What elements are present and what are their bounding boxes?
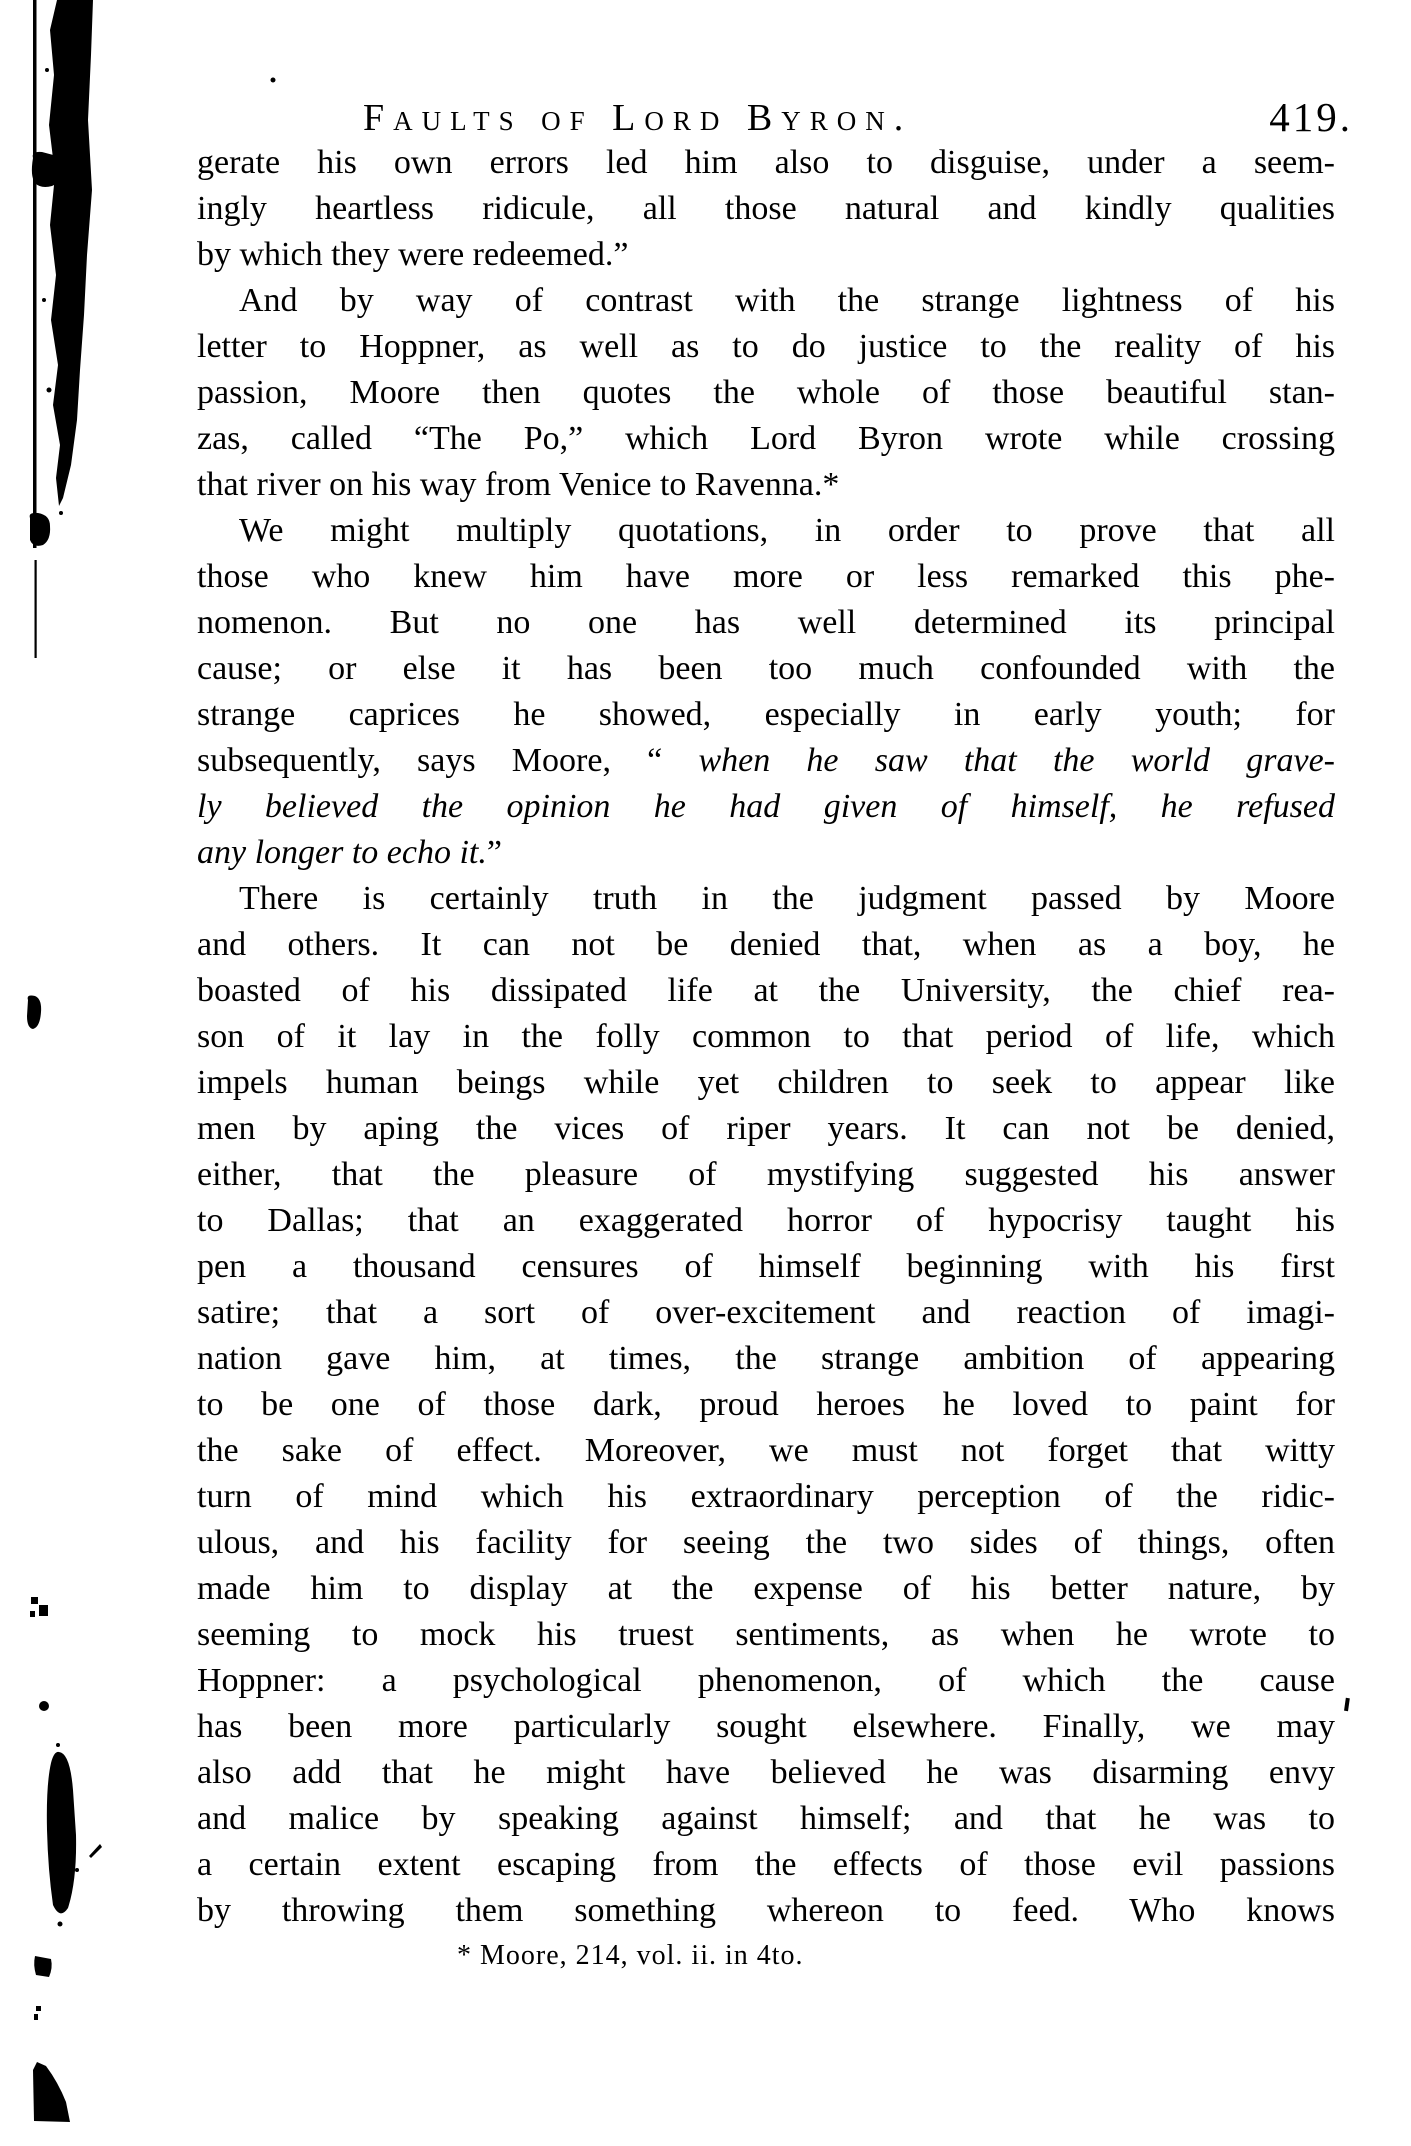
- text-line: that river on his way from Venice to Rav…: [197, 462, 1335, 508]
- ink-speck: [47, 388, 52, 393]
- ink-blot: [27, 996, 41, 1030]
- text-block: gerate his own errors led him also to di…: [197, 140, 1335, 1934]
- ink-dot: [39, 1701, 49, 1711]
- text-line: pen a thousand censures of himself begin…: [197, 1244, 1335, 1290]
- text-line: any longer to echo it.”: [197, 830, 1335, 876]
- text-line: the sake of effect. Moreover, we must no…: [197, 1428, 1335, 1474]
- ink-blot: [47, 1752, 76, 1913]
- ink-speck: [56, 1743, 60, 1747]
- text-line: subsequently, says Moore, “ when he saw …: [197, 738, 1335, 784]
- text-line: And by way of contrast with the strange …: [197, 278, 1335, 324]
- text-line: boasted of his dissipated life at the Un…: [197, 968, 1335, 1014]
- text-line: cause; or else it has been too much conf…: [197, 646, 1335, 692]
- text-line: by throwing them something whereon to fe…: [197, 1888, 1335, 1934]
- ink-speck: [58, 1922, 63, 1927]
- text-line: seeming to mock his truest sentiments, a…: [197, 1612, 1335, 1658]
- ink-speck: [59, 511, 63, 515]
- text-line: strange caprices he showed, especially i…: [197, 692, 1335, 738]
- text-line: turn of mind which his extraordinary per…: [197, 1474, 1335, 1520]
- binding-hairline: [35, 560, 37, 658]
- text-line: nomenon. But no one has well determined …: [197, 600, 1335, 646]
- text-line: and malice by speaking against himself; …: [197, 1796, 1335, 1842]
- ink-blot: [30, 513, 50, 546]
- ink-speck: [45, 68, 49, 72]
- text-line: There is certainly truth in the judgment…: [197, 876, 1335, 922]
- ink-blot: [34, 1956, 51, 1977]
- text-line: and others. It can not be denied that, w…: [197, 922, 1335, 968]
- ink-speck: [43, 158, 48, 163]
- text-line: a certain extent escaping from the effec…: [197, 1842, 1335, 1888]
- text-line: by which they were redeemed.”: [197, 232, 1335, 278]
- ink-tick: [1344, 1698, 1350, 1711]
- text-line: also add that he might have believed he …: [197, 1750, 1335, 1796]
- ink-speck: [75, 1868, 79, 1872]
- text-line: men by aping the vices of riper years. I…: [197, 1106, 1335, 1152]
- ink-specks: [30, 1597, 48, 1617]
- footnote: * Moore, 214, vol. ii. in 4to.: [457, 1938, 804, 1974]
- page-title: Faults of Lord Byron.: [363, 94, 912, 142]
- text-line: zas, called “The Po,” which Lord Byron w…: [197, 416, 1335, 462]
- text-line: to Dallas; that an exaggerated horror of…: [197, 1198, 1335, 1244]
- text-line: impels human beings while yet children t…: [197, 1060, 1335, 1106]
- text-line: gerate his own errors led him also to di…: [197, 140, 1335, 186]
- ink-speck: [42, 298, 46, 302]
- text-line: nation gave him, at times, the strange a…: [197, 1336, 1335, 1382]
- text-line: letter to Hoppner, as well as to do just…: [197, 324, 1335, 370]
- text-line: has been more particularly sought elsewh…: [197, 1704, 1335, 1750]
- ink-slash: [89, 1844, 102, 1858]
- text-line: We might multiply quotations, in order t…: [197, 508, 1335, 554]
- ink-blot: [33, 2062, 70, 2122]
- page-number: 419.: [1269, 92, 1353, 142]
- text-line: either, that the pleasure of mystifying …: [197, 1152, 1335, 1198]
- text-line: made him to display at the expense of hi…: [197, 1566, 1335, 1612]
- text-line: Hoppner: a psychological phenomenon, of …: [197, 1658, 1335, 1704]
- ink-blot: [32, 152, 63, 187]
- text-line: ly believed the opinion he had given of …: [197, 784, 1335, 830]
- text-line: to be one of those dark, proud heroes he…: [197, 1382, 1335, 1428]
- text-line: son of it lay in the folly common to tha…: [197, 1014, 1335, 1060]
- binding-hairline: [33, 0, 37, 548]
- ink-dot: [271, 78, 276, 83]
- text-line: ingly heartless ridicule, all those natu…: [197, 186, 1335, 232]
- page: Faults of Lord Byron. 419. gerate his ow…: [0, 0, 1411, 2146]
- ink-specks: [34, 2006, 41, 2020]
- text-line: those who knew him have more or less rem…: [197, 554, 1335, 600]
- text-line: satire; that a sort of over-excitement a…: [197, 1290, 1335, 1336]
- binding-ink-band: [49, 0, 93, 506]
- text-line: passion, Moore then quotes the whole of …: [197, 370, 1335, 416]
- text-line: ulous, and his facility for seeing the t…: [197, 1520, 1335, 1566]
